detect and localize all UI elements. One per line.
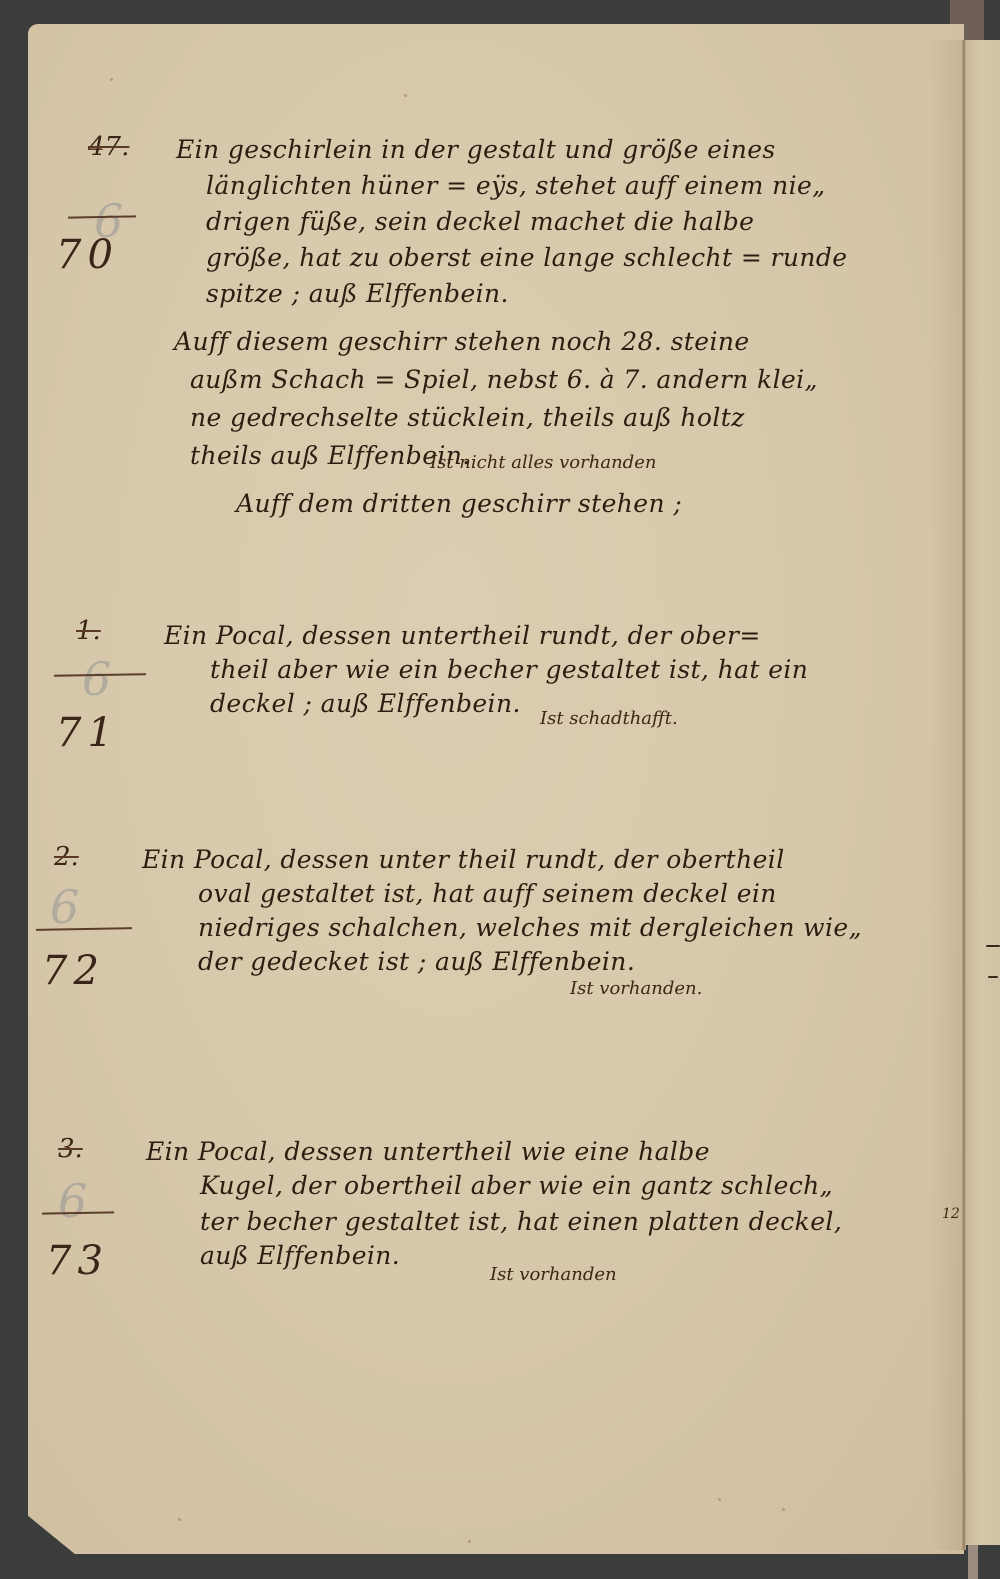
pencil-mark: 6 — [50, 880, 79, 934]
item-number: 70 — [56, 232, 119, 278]
entry-text-line: größe, hat zu oberst eine lange schlecht… — [206, 240, 847, 276]
item-number: 72 — [42, 948, 105, 994]
entry-text-line: Ein geschirlein in der gestalt und größe… — [176, 132, 776, 168]
entry-text-line: theil aber wie ein becher gestaltet ist,… — [210, 652, 808, 688]
entry-text-line: ter becher gestaltet ist, hat einen plat… — [200, 1204, 842, 1240]
entry-text-line: der gedecket ist ; auß Elffenbein. — [198, 944, 635, 980]
entry-closing-line: Auff dem dritten geschirr stehen ; — [236, 486, 682, 522]
entry-sub-text-line: theils auß Elffenbein. — [190, 438, 471, 474]
manuscript-page: 47. 6 70 Ein geschirlein in der gestalt … — [28, 24, 964, 1554]
pencil-mark: 6 — [58, 1174, 87, 1228]
entry-text-line: länglichten hüner = eÿs, stehet auff ein… — [206, 168, 826, 204]
entry-sub-text-line: ne gedrechselte stücklein, theils auß ho… — [190, 400, 745, 436]
old-item-number: 47. — [88, 132, 129, 162]
entry-text-line: niedriges schalchen, welches mit derglei… — [198, 910, 862, 946]
facing-page-ink-mark — [988, 976, 998, 978]
entry-text-line: deckel ; auß Elffenbein. — [210, 686, 521, 722]
facing-page-edge — [966, 40, 1000, 1545]
paper-speck — [110, 78, 113, 81]
entry-text-line: oval gestaltet ist, hat auff seinem deck… — [198, 876, 777, 912]
binding-gutter — [962, 40, 966, 1550]
old-item-number: 3. — [58, 1134, 83, 1164]
item-number: 71 — [56, 710, 119, 756]
old-item-number: 1. — [76, 616, 101, 646]
status-annotation: Ist vorhanden — [490, 1264, 617, 1285]
entry-text-line: drigen füße, sein deckel machet die halb… — [206, 204, 754, 240]
entry-sub-text-line: außm Schach = Spiel, nebst 6. à 7. ander… — [190, 362, 818, 398]
status-annotation: Ist schadthafft. — [540, 708, 678, 729]
paper-speck — [178, 1518, 181, 1521]
item-number: 73 — [46, 1238, 109, 1284]
margin-divider-rule — [36, 927, 132, 931]
paper-speck — [468, 1540, 471, 1543]
pencil-mark: 6 — [82, 652, 111, 706]
entry-text-line: Ein Pocal, dessen unter theil rundt, der… — [142, 842, 785, 878]
entry-sub-text-line: Auff diesem geschirr stehen noch 28. ste… — [174, 324, 750, 360]
entry-text-line: Ein Pocal, dessen untertheil wie eine ha… — [146, 1134, 710, 1170]
status-annotation: Ist nicht alles vorhanden — [430, 452, 656, 473]
entry-text-line: Ein Pocal, dessen untertheil rundt, der … — [164, 618, 761, 654]
entry-text-line: auß Elffenbein. — [200, 1238, 400, 1274]
entry-text-line: Kugel, der obertheil aber wie ein gantz … — [200, 1168, 833, 1204]
paper-speck — [718, 1498, 721, 1501]
binding-shadow — [930, 40, 962, 1550]
status-annotation: Ist vorhanden. — [570, 978, 702, 999]
entry-text-line: spitze ; auß Elffenbein. — [206, 276, 509, 312]
facing-page-ink-mark — [986, 945, 1000, 947]
old-item-number: 2. — [54, 842, 79, 872]
paper-speck — [404, 94, 407, 97]
book-spine-bottom — [968, 1540, 978, 1579]
paper-speck — [782, 1508, 785, 1511]
